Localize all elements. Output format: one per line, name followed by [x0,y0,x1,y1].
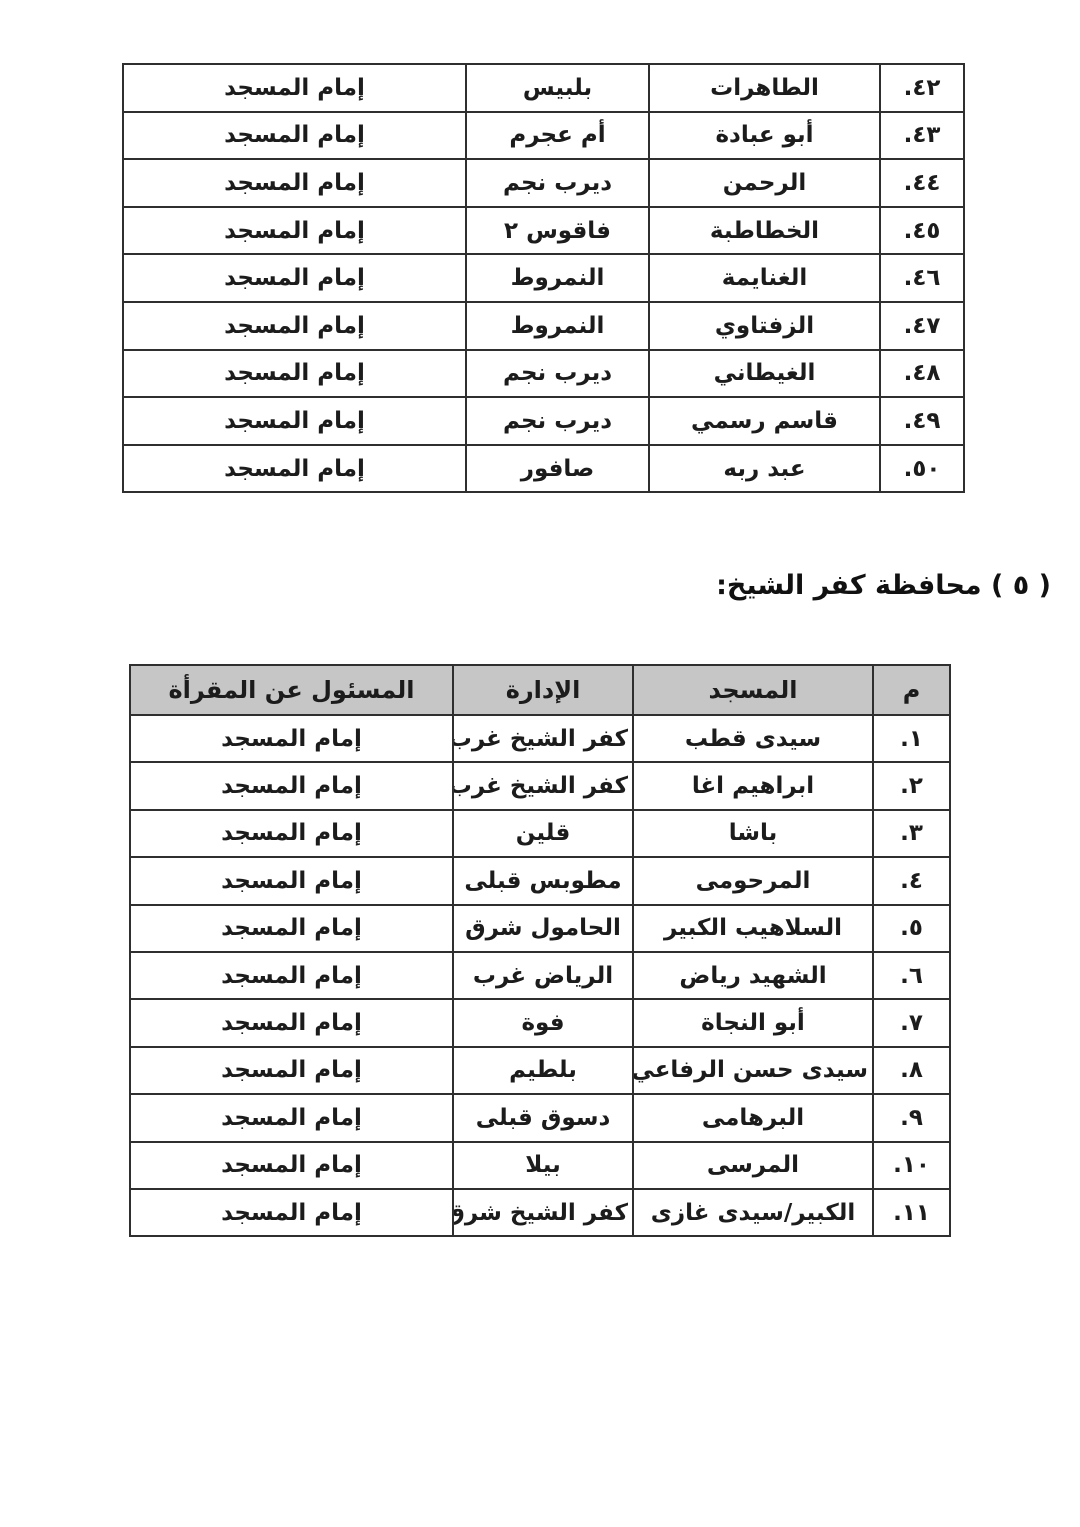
cell-admin: صافور [466,445,649,493]
cell-responsible: إمام المسجد [130,1142,453,1189]
table-row: ٤٢.الطاهراتبلبيسإمام المسجد [123,64,964,112]
cell-num: ٤٤. [880,159,964,207]
cell-responsible: إمام المسجد [130,905,453,952]
cell-mosque: البرهامى [633,1094,873,1141]
cell-responsible: إمام المسجد [123,159,466,207]
cell-mosque: الشهيد رياض [633,952,873,999]
cell-responsible: إمام المسجد [130,952,453,999]
cell-mosque: الغيطاني [649,350,880,398]
cell-responsible: إمام المسجد [123,207,466,255]
cell-num: ٨. [873,1047,950,1094]
table-row: ٤٤.الرحمنديرب نجمإمام المسجد [123,159,964,207]
cell-mosque: عبد ربه [649,445,880,493]
cell-mosque: قاسم رسمي [649,397,880,445]
header-administration: الإدارة [453,665,633,715]
cell-num: ٣. [873,810,950,857]
cell-num: ٤٢. [880,64,964,112]
cell-mosque: الكبير/سيدى غازى [633,1189,873,1236]
cell-admin: ديرب نجم [466,350,649,398]
cell-mosque: السلاهيب الكبير [633,905,873,952]
cell-num: ٤٨. [880,350,964,398]
table-row: ١.سيدى قطبكفر الشيخ غربإمام المسجد [130,715,950,762]
table-row: ٤٣.أبو عبادةأم عجرمإمام المسجد [123,112,964,160]
cell-admin: الرياض غرب [453,952,633,999]
cell-admin: كفر الشيخ غرب [453,715,633,762]
table-row: ٢.ابراهيم اغاكفر الشيخ غربإمام المسجد [130,762,950,809]
cell-admin: الحامول شرق [453,905,633,952]
table-row: ٤.المرحومىمطوبس قبلىإمام المسجد [130,857,950,904]
table-row: ٨.سيدى حسن الرفاعيبلطيمإمام المسجد [130,1047,950,1094]
cell-admin: أم عجرم [466,112,649,160]
cell-num: ٤٣. [880,112,964,160]
cell-mosque: المرسى [633,1142,873,1189]
cell-mosque: سيدى حسن الرفاعي [633,1047,873,1094]
cell-admin: كفر الشيخ شرق [453,1189,633,1236]
cell-num: ١٠. [873,1142,950,1189]
table-row: ٤٩.قاسم رسميديرب نجمإمام المسجد [123,397,964,445]
cell-responsible: إمام المسجد [123,445,466,493]
table-row: ٤٦.الغنايمةالنمروطإمام المسجد [123,254,964,302]
table-row: ١١.الكبير/سيدى غازىكفر الشيخ شرقإمام الم… [130,1189,950,1236]
cell-num: ٤٧. [880,302,964,350]
cell-admin: مطوبس قبلى [453,857,633,904]
cell-responsible: إمام المسجد [130,1047,453,1094]
cell-responsible: إمام المسجد [123,397,466,445]
cell-admin: كفر الشيخ غرب [453,762,633,809]
cell-responsible: إمام المسجد [130,1189,453,1236]
table-row: ٤٨.الغيطانيديرب نجمإمام المسجد [123,350,964,398]
cell-admin: قلين [453,810,633,857]
table-row: ٩.البرهامىدسوق قبلىإمام المسجد [130,1094,950,1141]
cell-num: ٧. [873,999,950,1046]
cell-mosque: ابراهيم اغا [633,762,873,809]
cell-admin: فاقوس ٢ [466,207,649,255]
cell-admin: النمروط [466,254,649,302]
cell-responsible: إمام المسجد [130,857,453,904]
cell-mosque: الرحمن [649,159,880,207]
cell-mosque: أبو النجاة [633,999,873,1046]
cell-num: ٩. [873,1094,950,1141]
table-row: ٤٧.الزفتاويالنمروطإمام المسجد [123,302,964,350]
mosque-table-kafr-elsheikh-body: ١.سيدى قطبكفر الشيخ غربإمام المسجد٢.ابرا… [130,715,950,1236]
cell-num: ٤٦. [880,254,964,302]
cell-num: ٦. [873,952,950,999]
cell-admin: بيلا [453,1142,633,1189]
cell-mosque: باشا [633,810,873,857]
table-row: ٦.الشهيد رياضالرياض غربإمام المسجد [130,952,950,999]
cell-responsible: إمام المسجد [130,715,453,762]
cell-responsible: إمام المسجد [130,999,453,1046]
header-mosque: المسجد [633,665,873,715]
cell-admin: ديرب نجم [466,159,649,207]
cell-responsible: إمام المسجد [123,350,466,398]
cell-num: ٤. [873,857,950,904]
cell-responsible: إمام المسجد [130,810,453,857]
table-row: ٣.باشاقلينإمام المسجد [130,810,950,857]
cell-responsible: إمام المسجد [130,1094,453,1141]
mosque-table-continuation: ٤٢.الطاهراتبلبيسإمام المسجد٤٣.أبو عبادةأ… [122,63,965,493]
cell-num: ٥٠. [880,445,964,493]
table-row: ٤٥.الخطاطبةفاقوس ٢إمام المسجد [123,207,964,255]
section-heading-kafr-elsheikh: ( ٥ ) محافظة كفر الشيخ: [716,570,1051,601]
cell-responsible: إمام المسجد [123,302,466,350]
table-header-row: م المسجد الإدارة المسئول عن المقرأة [130,665,950,715]
table-row: ٥٠.عبد ربهصافورإمام المسجد [123,445,964,493]
cell-responsible: إمام المسجد [123,112,466,160]
cell-num: ٥. [873,905,950,952]
table-row: ٧.أبو النجاةفوةإمام المسجد [130,999,950,1046]
cell-admin: بلطيم [453,1047,633,1094]
header-number: م [873,665,950,715]
cell-mosque: الغنايمة [649,254,880,302]
cell-mosque: أبو عبادة [649,112,880,160]
cell-mosque: المرحومى [633,857,873,904]
cell-mosque: الطاهرات [649,64,880,112]
cell-responsible: إمام المسجد [123,254,466,302]
document-page: { "page": { "background": "#ffffff", "te… [0,0,1080,1527]
cell-admin: بلبيس [466,64,649,112]
cell-admin: فوة [453,999,633,1046]
header-responsible: المسئول عن المقرأة [130,665,453,715]
table-row: ٥.السلاهيب الكبيرالحامول شرقإمام المسجد [130,905,950,952]
cell-num: ٤٩. [880,397,964,445]
cell-admin: النمروط [466,302,649,350]
mosque-table-continuation-body: ٤٢.الطاهراتبلبيسإمام المسجد٤٣.أبو عبادةأ… [123,64,964,492]
cell-num: ٤٥. [880,207,964,255]
mosque-table-kafr-elsheikh: م المسجد الإدارة المسئول عن المقرأة ١.سي… [129,664,951,1237]
cell-responsible: إمام المسجد [123,64,466,112]
cell-mosque: الزفتاوي [649,302,880,350]
cell-num: ١١. [873,1189,950,1236]
table-row: ١٠.المرسىبيلاإمام المسجد [130,1142,950,1189]
cell-admin: دسوق قبلى [453,1094,633,1141]
cell-num: ٢. [873,762,950,809]
cell-mosque: سيدى قطب [633,715,873,762]
cell-num: ١. [873,715,950,762]
cell-mosque: الخطاطبة [649,207,880,255]
cell-responsible: إمام المسجد [130,762,453,809]
cell-admin: ديرب نجم [466,397,649,445]
